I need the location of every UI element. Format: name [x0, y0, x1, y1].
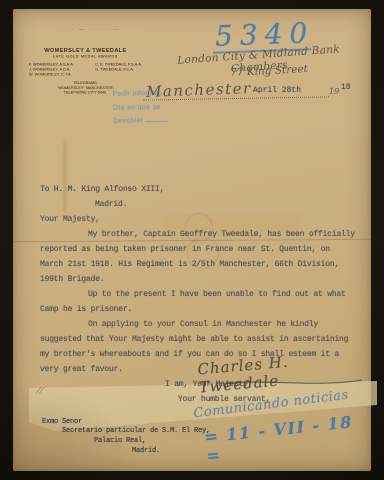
typed-year: 18 [341, 83, 351, 92]
address-line: Madrid. [42, 447, 210, 457]
address-line: Palacio Real, [42, 437, 210, 447]
partners-right-column: C. E. TWEEDALE, F.S.A.A.G. TWEEDALE, F.C… [95, 63, 142, 78]
typed-date: April 28th [253, 86, 301, 95]
forwarding-address: Exmo SenorSecretario particular de S.M. … [42, 389, 210, 456]
partners-block: F. WOMERSLEY, A.S.A.A.J. WOMERSLEY, A.C.… [29, 63, 142, 78]
firm-name: WOMERSLEY & TWEEDALE [29, 47, 142, 53]
printed-year-prefix: 19 [329, 87, 339, 96]
firm-subtitle: LATE GOLD MEDAL AWARDS [29, 55, 142, 59]
letter-line: suggested that Your Majesty might be abl… [40, 332, 376, 347]
handwritten-date: = 11 - VII - 18 = [203, 410, 372, 465]
stamp-underline [146, 121, 168, 122]
letter-line: Camp he is prisoner. [40, 302, 376, 317]
partner-name: W. WOMERSLEY, C.T.A. [29, 72, 74, 77]
photographed-letter-page: { "photo": { "archival_number": "5340", … [0, 0, 384, 480]
letter-line: Up to the present I have been unable to … [40, 287, 376, 302]
letter-line: On applying to your Consul in Manchester… [40, 317, 376, 332]
letter-line: March 21st 1918. His Regiment is 2/5th M… [40, 257, 376, 272]
letter-line: 199th Brigade. [40, 272, 376, 287]
faint-pencil-marks: · · · · · · — · · · — [33, 27, 122, 33]
partner-name: G. TWEEDALE, F.C.A. [95, 67, 142, 72]
stamp-line-3: Devolver [113, 113, 203, 128]
letter-line: Madrid. [40, 197, 376, 212]
partners-left-column: F. WOMERSLEY, A.S.A.A.J. WOMERSLEY, A.C.… [29, 63, 74, 78]
address-line: Exmo Senor [42, 418, 210, 428]
letter-line: reported as being taken prisoner in Fran… [40, 242, 376, 257]
letter-paper: · · · · · · — · · · — 5340 WOMERSLEY & T… [13, 9, 371, 471]
letter-line: To H. M. King Alfonso XIII, [40, 182, 376, 197]
letter-line: Your Majesty, [40, 212, 376, 227]
letter-line: My brother, Captain Geoffrey Tweedale, h… [40, 227, 376, 242]
address-line: Secretario particular de S.M. El Rey, [42, 427, 210, 437]
